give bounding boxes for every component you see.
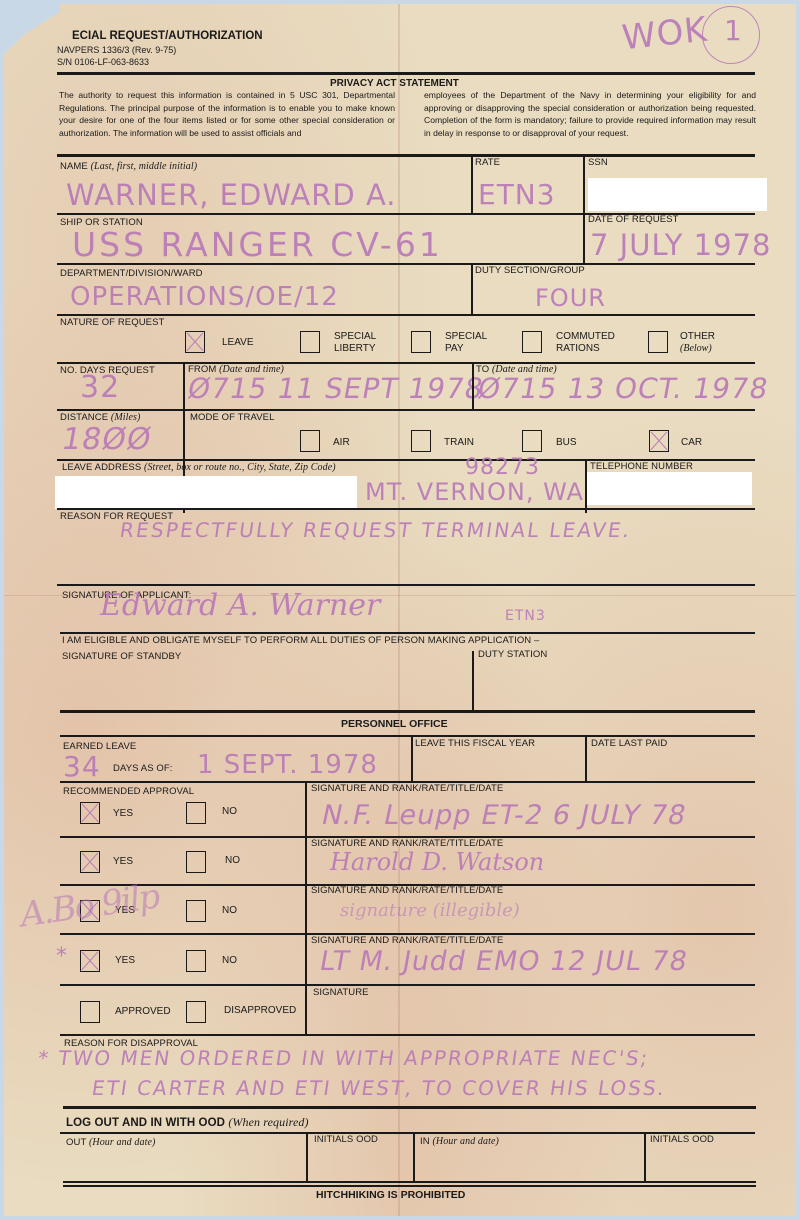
special-liberty-checkbox[interactable] [300, 331, 320, 353]
air-checkbox[interactable] [300, 430, 320, 452]
divider [60, 984, 755, 986]
reason-value[interactable]: RESPECTFULLY REQUEST TERMINAL LEAVE. [118, 518, 633, 542]
approval-1-yes-label: YES [113, 808, 133, 820]
approval-4-signature-label: SIGNATURE AND RANK/RATE/TITLE/DATE [311, 935, 503, 946]
name-value[interactable]: WARNER, EDWARD A. [66, 178, 397, 212]
divider [471, 263, 473, 315]
applicant-signature-rate: ETN3 [505, 608, 546, 624]
privacy-text-left: The authority to request this informatio… [59, 89, 395, 139]
approval-3-signature[interactable]: signature (illegible) [340, 900, 520, 921]
privacy-text-right: employees of the Department of the Navy … [424, 89, 756, 139]
as-of-date[interactable]: 1 SEPT. 1978 [197, 750, 378, 780]
distance-value[interactable]: 18ØØ [59, 422, 155, 457]
train-label: TRAIN [444, 437, 474, 449]
log-heading: LOG OUT AND IN WITH OOD (When required) [66, 1115, 309, 1130]
days-as-of-label: DAYS AS OF: [113, 763, 173, 774]
divider [644, 1132, 646, 1182]
divider [63, 1181, 756, 1183]
approval-1-no-checkbox[interactable] [186, 802, 206, 824]
rate-value[interactable]: ETN3 [478, 178, 556, 211]
divider [57, 154, 755, 157]
privacy-heading: PRIVACY ACT STATEMENT [330, 78, 459, 89]
approval-1-signature[interactable]: N.F. Leupp ET-2 6 JULY 78 [319, 800, 690, 831]
date-of-request-label: DATE OF REQUEST [588, 214, 679, 225]
approval-2-signature[interactable]: Harold D. Watson [330, 848, 544, 876]
to-value[interactable]: Ø715 13 OCT. 1978 [475, 372, 771, 405]
approval-4-yes-checkbox[interactable] [80, 950, 100, 972]
duty-station-label: DUTY STATION [478, 649, 547, 660]
divider [57, 409, 755, 411]
approval-2-no-checkbox[interactable] [186, 851, 206, 873]
approval-2-no-label: NO [225, 855, 240, 867]
divider [413, 1132, 415, 1182]
divider [63, 1106, 756, 1109]
nature-label: NATURE OF REQUEST [60, 317, 164, 328]
approval-1-no-label: NO [222, 806, 237, 818]
earned-leave-days[interactable]: 34 [63, 750, 101, 783]
divider [60, 632, 755, 634]
divider [306, 1132, 308, 1182]
car-checkbox[interactable] [649, 430, 669, 452]
train-checkbox[interactable] [411, 430, 431, 452]
form-number: NAVPERS 1336/3 (Rev. 9-75) [57, 45, 176, 55]
name-label: NAME (Last, first, middle initial) [60, 161, 197, 172]
approval-4-signature[interactable]: LT M. Judd EMO 12 JUL 78 [317, 946, 690, 977]
divider [60, 710, 755, 713]
commuted-rations-checkbox[interactable] [522, 331, 542, 353]
divider [472, 651, 474, 711]
standby-signature-label: SIGNATURE OF STANDBY [62, 651, 181, 662]
out-label: OUT (Hour and date) [66, 1137, 155, 1148]
divider [57, 314, 755, 316]
divider [60, 735, 755, 737]
form-serial: S/N 0106-LF-063-8633 [57, 57, 149, 67]
address-redacted[interactable] [55, 476, 357, 509]
zip-value[interactable]: 98273 [465, 455, 540, 480]
date-last-paid-label: DATE LAST PAID [591, 738, 667, 749]
disapproved-label: DISAPPROVED [224, 1005, 296, 1017]
divider [57, 508, 755, 510]
approval-2-yes-checkbox[interactable] [80, 851, 100, 873]
ssn-label: SSN [588, 157, 608, 168]
leave-address-label: LEAVE ADDRESS (Street, box or route no.,… [62, 462, 336, 473]
asterisk-note-marker: * [56, 944, 68, 969]
approval-3-no-label: NO [222, 905, 237, 917]
approval-4-yes-label: YES [115, 955, 135, 967]
personnel-office-heading: PERSONNEL OFFICE [341, 718, 448, 730]
divider [585, 735, 587, 782]
commuted-rations-label: COMMUTEDRATIONS [556, 331, 615, 355]
divider [63, 1185, 756, 1187]
approval-3-signature-label: SIGNATURE AND RANK/RATE/TITLE/DATE [311, 885, 503, 896]
approval-4-no-checkbox[interactable] [186, 950, 206, 972]
in-label: IN (Hour and date) [420, 1136, 499, 1147]
approved-checkbox[interactable] [80, 1001, 100, 1023]
divider [472, 362, 474, 410]
applicant-signature[interactable]: Edward A. Warner [100, 588, 380, 623]
from-value[interactable]: Ø715 11 SEPT 1978 [185, 372, 486, 405]
fiscal-year-label: LEAVE THIS FISCAL YEAR [415, 738, 535, 749]
bus-label: BUS [556, 437, 577, 449]
approval-1-signature-label: SIGNATURE AND RANK/RATE/TITLE/DATE [311, 783, 503, 794]
air-label: AIR [333, 437, 350, 449]
circled-number: 1 [724, 14, 743, 47]
divider [57, 584, 755, 586]
approval-2-yes-label: YES [113, 856, 133, 868]
special-pay-checkbox[interactable] [411, 331, 431, 353]
phone-redacted[interactable] [587, 472, 752, 505]
date-of-request-value[interactable]: 7 JULY 1978 [590, 228, 772, 262]
divider [471, 155, 473, 214]
initials-ood-out-label: INITIALS OOD [314, 1134, 378, 1145]
divider [583, 155, 585, 263]
divider [411, 735, 413, 782]
duty-section-value[interactable]: FOUR [535, 284, 606, 312]
department-value[interactable]: OPERATIONS/OE/12 [70, 282, 339, 312]
days-value[interactable]: 32 [80, 370, 120, 405]
leave-checkbox[interactable] [185, 331, 205, 353]
duty-section-label: DUTY SECTION/GROUP [475, 265, 585, 276]
disapproved-checkbox[interactable] [186, 1001, 206, 1023]
disapproval-reason-line1[interactable]: * TWO MEN ORDERED IN WITH APPROPRIATE NE… [36, 1046, 651, 1070]
final-signature-label: SIGNATURE [313, 987, 369, 998]
other-label: OTHER(Below) [680, 331, 715, 355]
special-liberty-label: SPECIALLIBERTY [334, 331, 376, 355]
car-label: CAR [681, 437, 702, 449]
city-value[interactable]: MT. VERNON, WA. [365, 478, 592, 506]
ship-value[interactable]: USS RANGER CV-61 [72, 225, 443, 264]
disapproval-reason-line2[interactable]: ETI CARTER AND ETI WEST, TO COVER HIS LO… [90, 1076, 667, 1100]
divider [60, 1034, 755, 1036]
recommended-approval-label: RECOMMENDED APPROVAL [63, 786, 194, 797]
divider [57, 72, 755, 75]
divider [57, 362, 755, 364]
special-pay-label: SPECIALPAY [445, 331, 487, 355]
other-checkbox[interactable] [648, 331, 668, 353]
eligibility-statement: I AM ELIGIBLE AND OBLIGATE MYSELF TO PER… [62, 635, 539, 646]
rate-label: RATE [475, 157, 500, 168]
mode-of-travel-label: MODE OF TRAVEL [190, 412, 274, 423]
leave-option-label: LEAVE [222, 337, 254, 349]
approved-label: APPROVED [115, 1006, 171, 1018]
approval-1-yes-checkbox[interactable] [80, 802, 100, 824]
bus-checkbox[interactable] [522, 430, 542, 452]
approval-3-no-checkbox[interactable] [186, 900, 206, 922]
hitchhiking-notice: HITCHHIKING IS PROHIBITED [316, 1189, 465, 1201]
divider [57, 263, 755, 265]
ssn-redacted[interactable] [588, 178, 767, 211]
department-label: DEPARTMENT/DIVISION/WARD [60, 268, 203, 279]
phone-label: TELEPHONE NUMBER [590, 461, 693, 472]
form-title: ECIAL REQUEST/AUTHORIZATION [72, 30, 263, 42]
divider [305, 781, 307, 1036]
initials-ood-in-label: INITIALS OOD [650, 1134, 714, 1145]
approval-4-no-label: NO [222, 955, 237, 967]
